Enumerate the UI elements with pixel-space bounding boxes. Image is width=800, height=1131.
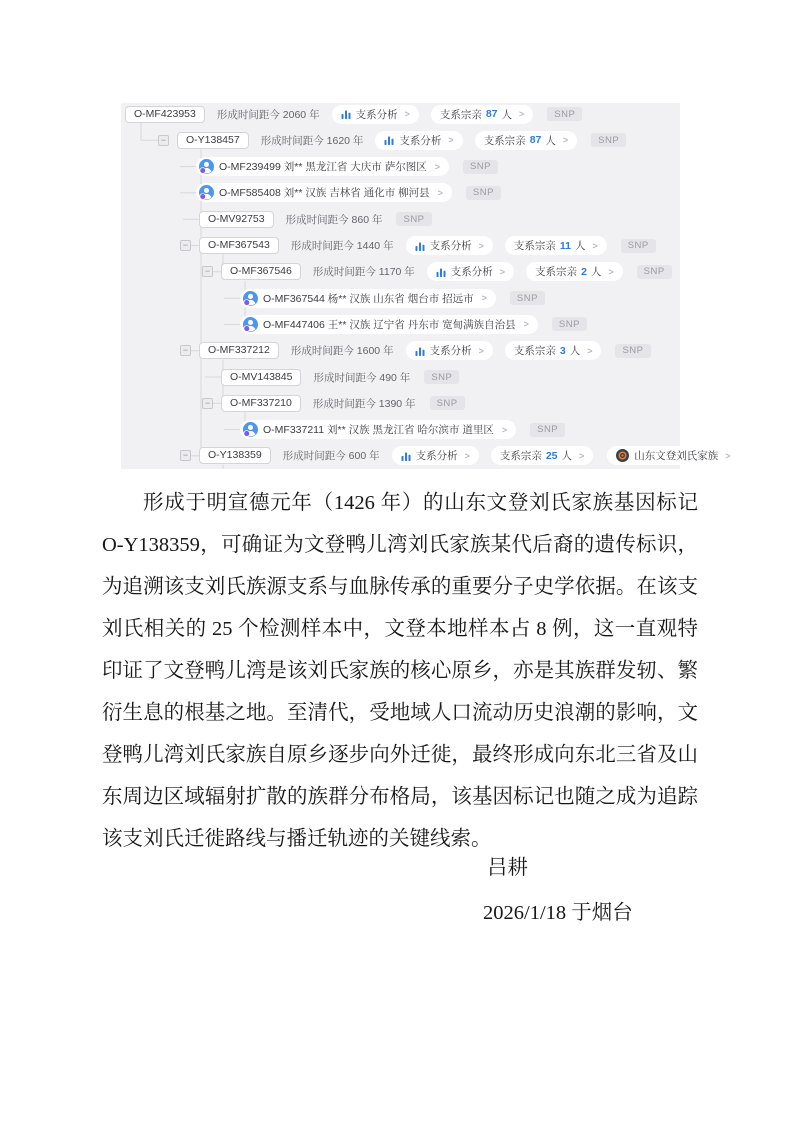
- kin-count: 11: [560, 240, 571, 252]
- chevron-right-icon: >: [438, 188, 443, 198]
- haplotree-screenshot: O-MF423953形成时间距今 2060 年支系分析>支系宗亲87人>SNP−…: [121, 103, 680, 469]
- chevron-right-icon: >: [465, 451, 470, 461]
- signature-date: 2026/1/18 于烟台: [483, 892, 633, 934]
- user-avatar-icon: [243, 291, 258, 306]
- formation-time-label: 形成时间距今 860 年: [286, 212, 383, 227]
- branch-analysis-button[interactable]: 支系分析>: [427, 262, 514, 281]
- member-pill[interactable]: O-MF367544 杨** 汉族 山东省 烟台市 招远市>: [240, 289, 496, 308]
- kin-count: 87: [486, 108, 498, 120]
- kin-unit: 人: [575, 238, 586, 253]
- family-crest-icon: [616, 449, 629, 462]
- branch-analysis-button[interactable]: 支系分析>: [332, 105, 419, 124]
- article-line: 东周边区域辐射扩散的族群分布格局，该基因标记也随之成为追踪: [102, 776, 698, 818]
- kin-count: 87: [530, 134, 542, 146]
- snp-badge[interactable]: SNP: [552, 317, 587, 331]
- article-line: O-Y138359，可确证为文登鸭儿湾刘氏家族某代后裔的遗传标识，成: [102, 524, 698, 566]
- tree-row-clade: O-MF423953形成时间距今 2060 年支系分析>支系宗亲87人>SNP: [121, 103, 680, 125]
- user-avatar-icon: [199, 185, 214, 200]
- collapse-toggle-icon[interactable]: −: [158, 135, 169, 146]
- haplogroup-node[interactable]: O-MF423953: [125, 106, 205, 123]
- formation-time-label: 形成时间距今 1600 年: [291, 343, 394, 358]
- document-page: O-MF423953形成时间距今 2060 年支系分析>支系宗亲87人>SNP−…: [0, 0, 800, 1131]
- member-label: O-MF447406 王** 汉族 辽宁省 丹东市 宽甸满族自治县: [263, 317, 516, 332]
- branch-kin-label: 支系宗亲: [535, 264, 577, 279]
- member-label: O-MF585408 刘** 汉族 吉林省 通化市 柳河县: [219, 185, 430, 200]
- chevron-right-icon: >: [500, 267, 505, 277]
- haplogroup-node[interactable]: O-MF337212: [199, 342, 279, 359]
- chevron-right-icon: >: [519, 109, 524, 119]
- article-line: 该支刘氏迁徙路线与播迁轨迹的关键线索。: [102, 818, 698, 860]
- formation-time-label: 形成时间距今 1440 年: [291, 238, 394, 253]
- member-label: O-MF337211 刘** 汉族 黑龙江省 哈尔滨市 道里区: [263, 422, 494, 437]
- branch-analysis-label: 支系分析: [416, 448, 458, 463]
- collapse-toggle-icon[interactable]: −: [180, 240, 191, 251]
- kin-unit: 人: [570, 343, 581, 358]
- family-name-button[interactable]: 山东文登刘氏家族>: [607, 446, 739, 465]
- article-line: 印证了文登鸭儿湾是该刘氏家族的核心原乡，亦是其族群发轫、繁: [102, 650, 698, 692]
- branch-analysis-label: 支系分析: [430, 343, 472, 358]
- tree-row-member: O-MF447406 王** 汉族 辽宁省 丹东市 宽甸满族自治县>SNP: [121, 313, 680, 335]
- tree-row-member: O-MF367544 杨** 汉族 山东省 烟台市 招远市>SNP: [121, 287, 680, 309]
- tree-row-clade: −O-Y138457形成时间距今 1620 年支系分析>支系宗亲87人>SNP: [121, 129, 680, 151]
- snp-badge[interactable]: SNP: [637, 265, 672, 279]
- kin-count: 3: [560, 345, 566, 357]
- member-pill[interactable]: O-MF447406 王** 汉族 辽宁省 丹东市 宽甸满族自治县>: [240, 315, 538, 334]
- chevron-right-icon: >: [502, 425, 507, 435]
- chevron-right-icon: >: [563, 135, 568, 145]
- branch-kin-label: 支系宗亲: [484, 133, 526, 148]
- collapse-toggle-icon[interactable]: −: [202, 398, 213, 409]
- kin-unit: 人: [562, 448, 573, 463]
- snp-badge[interactable]: SNP: [466, 186, 501, 200]
- tree-row-member: O-MF585408 刘** 汉族 吉林省 通化市 柳河县>SNP: [121, 182, 680, 204]
- article-line: 衍生息的根基之地。至清代，受地域人口流动历史浪潮的影响，文: [102, 692, 698, 734]
- formation-time-label: 形成时间距今 1390 年: [313, 396, 416, 411]
- tree-row-clade: −O-MF367543形成时间距今 1440 年支系分析>支系宗亲11人>SNP: [121, 235, 680, 257]
- member-pill[interactable]: O-MF239499 刘** 黑龙江省 大庆市 萨尔图区>: [196, 157, 449, 176]
- tree-row-clade: O-MV143845形成时间距今 490 年SNP: [121, 366, 680, 388]
- haplogroup-node[interactable]: O-MF367546: [221, 263, 301, 280]
- haplogroup-node[interactable]: O-MV143845: [221, 369, 301, 386]
- branch-kin-button[interactable]: 支系宗亲2人>: [526, 262, 623, 281]
- formation-time-label: 形成时间距今 2060 年: [217, 107, 320, 122]
- branch-analysis-label: 支系分析: [356, 107, 398, 122]
- branch-analysis-button[interactable]: 支系分析>: [406, 236, 493, 255]
- formation-time-label: 形成时间距今 1620 年: [261, 133, 364, 148]
- tree-row-clade: −O-MF337212形成时间距今 1600 年支系分析>支系宗亲3人>SNP: [121, 340, 680, 362]
- member-label: O-MF239499 刘** 黑龙江省 大庆市 萨尔图区: [219, 159, 427, 174]
- article-line: 形成于明宣德元年（1426 年）的山东文登刘氏家族基因标记: [102, 482, 698, 524]
- bar-chart-icon: [384, 135, 394, 145]
- snp-badge[interactable]: SNP: [424, 370, 459, 384]
- kin-count: 2: [581, 266, 587, 278]
- chevron-right-icon: >: [579, 451, 584, 461]
- formation-time-label: 形成时间距今 490 年: [313, 370, 410, 385]
- branch-analysis-label: 支系分析: [399, 133, 441, 148]
- haplogroup-node[interactable]: O-Y138359: [199, 447, 271, 464]
- snp-badge[interactable]: SNP: [615, 344, 650, 358]
- branch-analysis-label: 支系分析: [451, 264, 493, 279]
- article-line: 登鸭儿湾刘氏家族自原乡逐步向外迁徙，最终形成向东北三省及山: [102, 734, 698, 776]
- branch-analysis-button[interactable]: 支系分析>: [375, 131, 462, 150]
- tree-row-clade: −O-Y138359形成时间距今 600 年支系分析>支系宗亲25人>山东文登刘…: [121, 445, 680, 467]
- chevron-right-icon: >: [479, 346, 484, 356]
- collapse-toggle-icon[interactable]: −: [202, 266, 213, 277]
- kin-unit: 人: [545, 133, 556, 148]
- bar-chart-icon: [415, 241, 425, 251]
- user-avatar-icon: [243, 317, 258, 332]
- branch-analysis-button[interactable]: 支系分析>: [392, 446, 479, 465]
- bar-chart-icon: [341, 109, 351, 119]
- branch-kin-label: 支系宗亲: [514, 238, 556, 253]
- tree-row-clade: −O-MF337210形成时间距今 1390 年SNP: [121, 392, 680, 414]
- branch-analysis-label: 支系分析: [430, 238, 472, 253]
- branch-analysis-button[interactable]: 支系分析>: [406, 341, 493, 360]
- branch-kin-button[interactable]: 支系宗亲11人>: [505, 236, 607, 255]
- chevron-right-icon: >: [479, 241, 484, 251]
- article-line: 刘氏相关的 25 个检测样本中，文登本地样本占 8 例，这一直观特征: [102, 608, 698, 650]
- haplogroup-node[interactable]: O-MF337210: [221, 395, 301, 412]
- snp-badge[interactable]: SNP: [430, 396, 465, 410]
- article-body: 形成于明宣德元年（1426 年）的山东文登刘氏家族基因标记 O-Y138359，…: [102, 482, 698, 860]
- snp-badge[interactable]: SNP: [530, 423, 565, 437]
- chevron-right-icon: >: [524, 319, 529, 329]
- snp-badge[interactable]: SNP: [591, 133, 626, 147]
- member-label: O-MF367544 杨** 汉族 山东省 烟台市 招远市: [263, 291, 474, 306]
- bar-chart-icon: [436, 267, 446, 277]
- haplogroup-node[interactable]: O-MF367543: [199, 237, 279, 254]
- branch-kin-label: 支系宗亲: [500, 448, 542, 463]
- branch-kin-button[interactable]: 支系宗亲25人>: [491, 446, 593, 465]
- kin-unit: 人: [502, 107, 513, 122]
- branch-kin-button[interactable]: 支系宗亲3人>: [505, 341, 602, 360]
- branch-kin-label: 支系宗亲: [514, 343, 556, 358]
- branch-kin-button[interactable]: 支系宗亲87人>: [475, 131, 577, 150]
- tree-row-clade: O-MV92753形成时间距今 860 年SNP: [121, 208, 680, 230]
- branch-kin-label: 支系宗亲: [440, 107, 482, 122]
- snp-badge[interactable]: SNP: [547, 107, 582, 121]
- collapse-toggle-icon[interactable]: −: [180, 450, 191, 461]
- bar-chart-icon: [415, 346, 425, 356]
- chevron-right-icon: >: [405, 109, 410, 119]
- collapse-toggle-icon[interactable]: −: [180, 345, 191, 356]
- kin-unit: 人: [591, 264, 602, 279]
- snp-badge[interactable]: SNP: [621, 239, 656, 253]
- tree-row-member: O-MF337211 刘** 汉族 黑龙江省 哈尔滨市 道里区>SNP: [121, 419, 680, 441]
- snp-badge[interactable]: SNP: [463, 160, 498, 174]
- tree-row-clade: −O-MF367546形成时间距今 1170 年支系分析>支系宗亲2人>SNP: [121, 261, 680, 283]
- kin-count: 25: [546, 450, 558, 462]
- chevron-right-icon: >: [592, 241, 597, 251]
- snp-badge[interactable]: SNP: [510, 291, 545, 305]
- haplogroup-node[interactable]: O-MV92753: [199, 211, 274, 228]
- chevron-right-icon: >: [587, 346, 592, 356]
- member-pill[interactable]: O-MF585408 刘** 汉族 吉林省 通化市 柳河县>: [196, 183, 452, 202]
- family-name-label: 山东文登刘氏家族: [634, 448, 718, 463]
- tree-row-member: O-MF239499 刘** 黑龙江省 大庆市 萨尔图区>SNP: [121, 156, 680, 178]
- branch-kin-button[interactable]: 支系宗亲87人>: [431, 105, 533, 124]
- snp-badge[interactable]: SNP: [396, 212, 431, 226]
- member-pill[interactable]: O-MF337211 刘** 汉族 黑龙江省 哈尔滨市 道里区>: [240, 420, 516, 439]
- user-avatar-icon: [243, 422, 258, 437]
- chevron-right-icon: >: [482, 293, 487, 303]
- haplogroup-node[interactable]: O-Y138457: [177, 132, 249, 149]
- article-line: 为追溯该支刘氏族源支系与血脉传承的重要分子史学依据。在该支: [102, 566, 698, 608]
- user-avatar-icon: [199, 159, 214, 174]
- formation-time-label: 形成时间距今 1170 年: [313, 264, 415, 279]
- chevron-right-icon: >: [608, 267, 613, 277]
- chevron-right-icon: >: [448, 135, 453, 145]
- bar-chart-icon: [401, 451, 411, 461]
- formation-time-label: 形成时间距今 600 年: [283, 448, 380, 463]
- signature-name: 吕耕: [487, 847, 528, 889]
- chevron-right-icon: >: [435, 162, 440, 172]
- chevron-right-icon: >: [725, 451, 730, 461]
